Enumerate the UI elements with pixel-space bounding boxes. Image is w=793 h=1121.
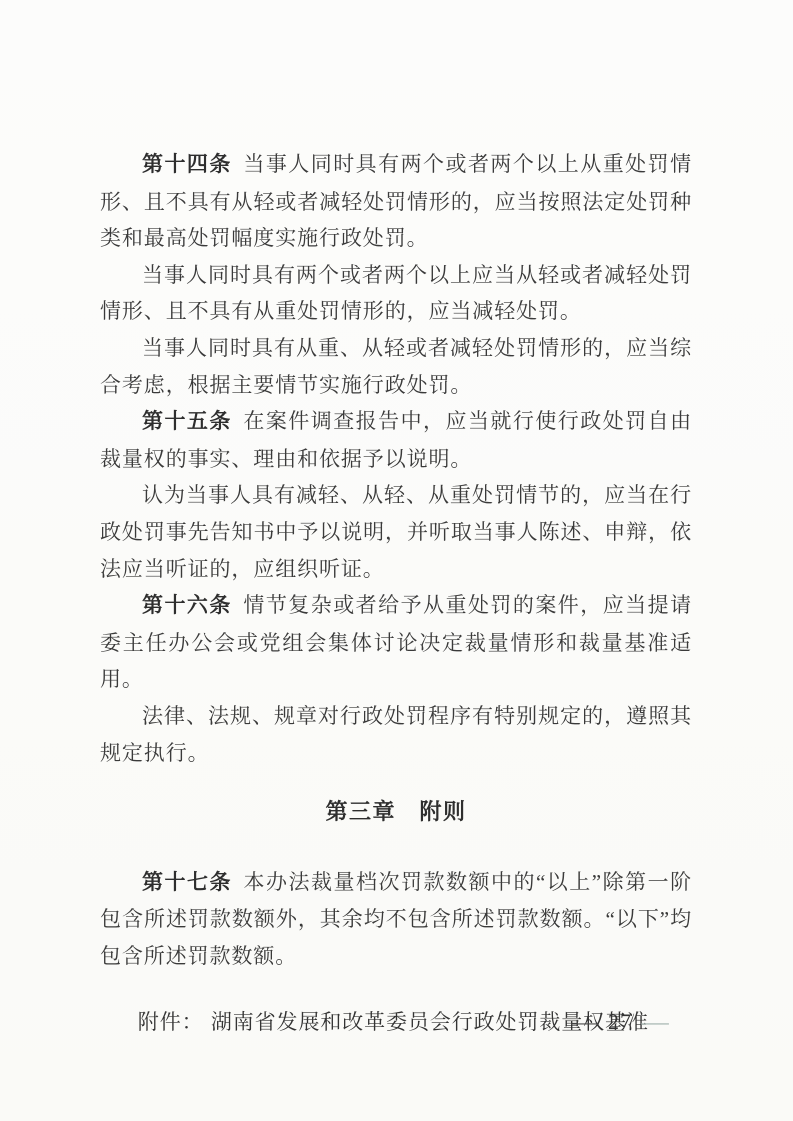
article-15-paragraph: 第十五条在案件调查报告中，应当就行使行政处罚自由裁量权的事实、理由和依据予以说明…	[100, 403, 692, 477]
attachment-label: 附件：	[138, 1010, 204, 1034]
article-14-clause-3-text: 当事人同时具有从重、从轻或者减轻处罚情形的，应当综合考虑，根据主要情节实施行政处…	[100, 336, 692, 397]
document-page: 第十四条当事人同时具有两个或者两个以上从重处罚情形、且不具有从轻或者减轻处罚情形…	[0, 0, 793, 1121]
document-body: 第十四条当事人同时具有两个或者两个以上从重处罚情形、且不具有从轻或者减轻处罚情形…	[100, 146, 692, 1041]
article-16-clause-2: 法律、法规、规章对行政处罚程序有特别规定的，遵照其规定执行。	[100, 698, 692, 771]
article-17-paragraph: 第十七条本办法裁量档次罚款数额中的“以上”除第一阶包含所述罚款数额外，其余均不包…	[100, 864, 692, 975]
footer-left-dash: —	[571, 1005, 599, 1039]
page-footer: — 27 —	[574, 1005, 666, 1039]
article-16-paragraph: 第十六条情节复杂或者给予从重处罚的案件，应当提请委主任办公会或党组会集体讨论决定…	[100, 587, 692, 698]
footer-right-dash: —	[641, 1005, 669, 1039]
article-16-term: 第十六条	[142, 594, 232, 617]
article-14-clause-2: 当事人同时具有两个或者两个以上应当从轻或者减轻处罚情形、且不具有从重处罚情形的，…	[100, 257, 692, 330]
article-16-clause-2-text: 法律、法规、规章对行政处罚程序有特别规定的，遵照其规定执行。	[100, 704, 692, 765]
article-14-term: 第十四条	[142, 153, 232, 176]
chapter-heading: 第三章 附则	[100, 794, 692, 831]
page-number: 27	[608, 1005, 632, 1039]
article-14-clause-3: 当事人同时具有从重、从轻或者减轻处罚情形的，应当综合考虑，根据主要情节实施行政处…	[100, 330, 692, 403]
article-15-term: 第十五条	[142, 410, 232, 433]
article-14-clause-2-text: 当事人同时具有两个或者两个以上应当从轻或者减轻处罚情形、且不具有从重处罚情形的，…	[100, 263, 692, 324]
article-15-clause-2: 认为当事人具有减轻、从轻、从重处罚情节的，应当在行政处罚事先告知书中予以说明，并…	[100, 477, 692, 587]
article-14-paragraph: 第十四条当事人同时具有两个或者两个以上从重处罚情形、且不具有从轻或者减轻处罚情形…	[100, 146, 692, 257]
article-17-term: 第十七条	[142, 871, 232, 894]
article-15-clause-2-text: 认为当事人具有减轻、从轻、从重处罚情节的，应当在行政处罚事先告知书中予以说明，并…	[100, 483, 692, 580]
